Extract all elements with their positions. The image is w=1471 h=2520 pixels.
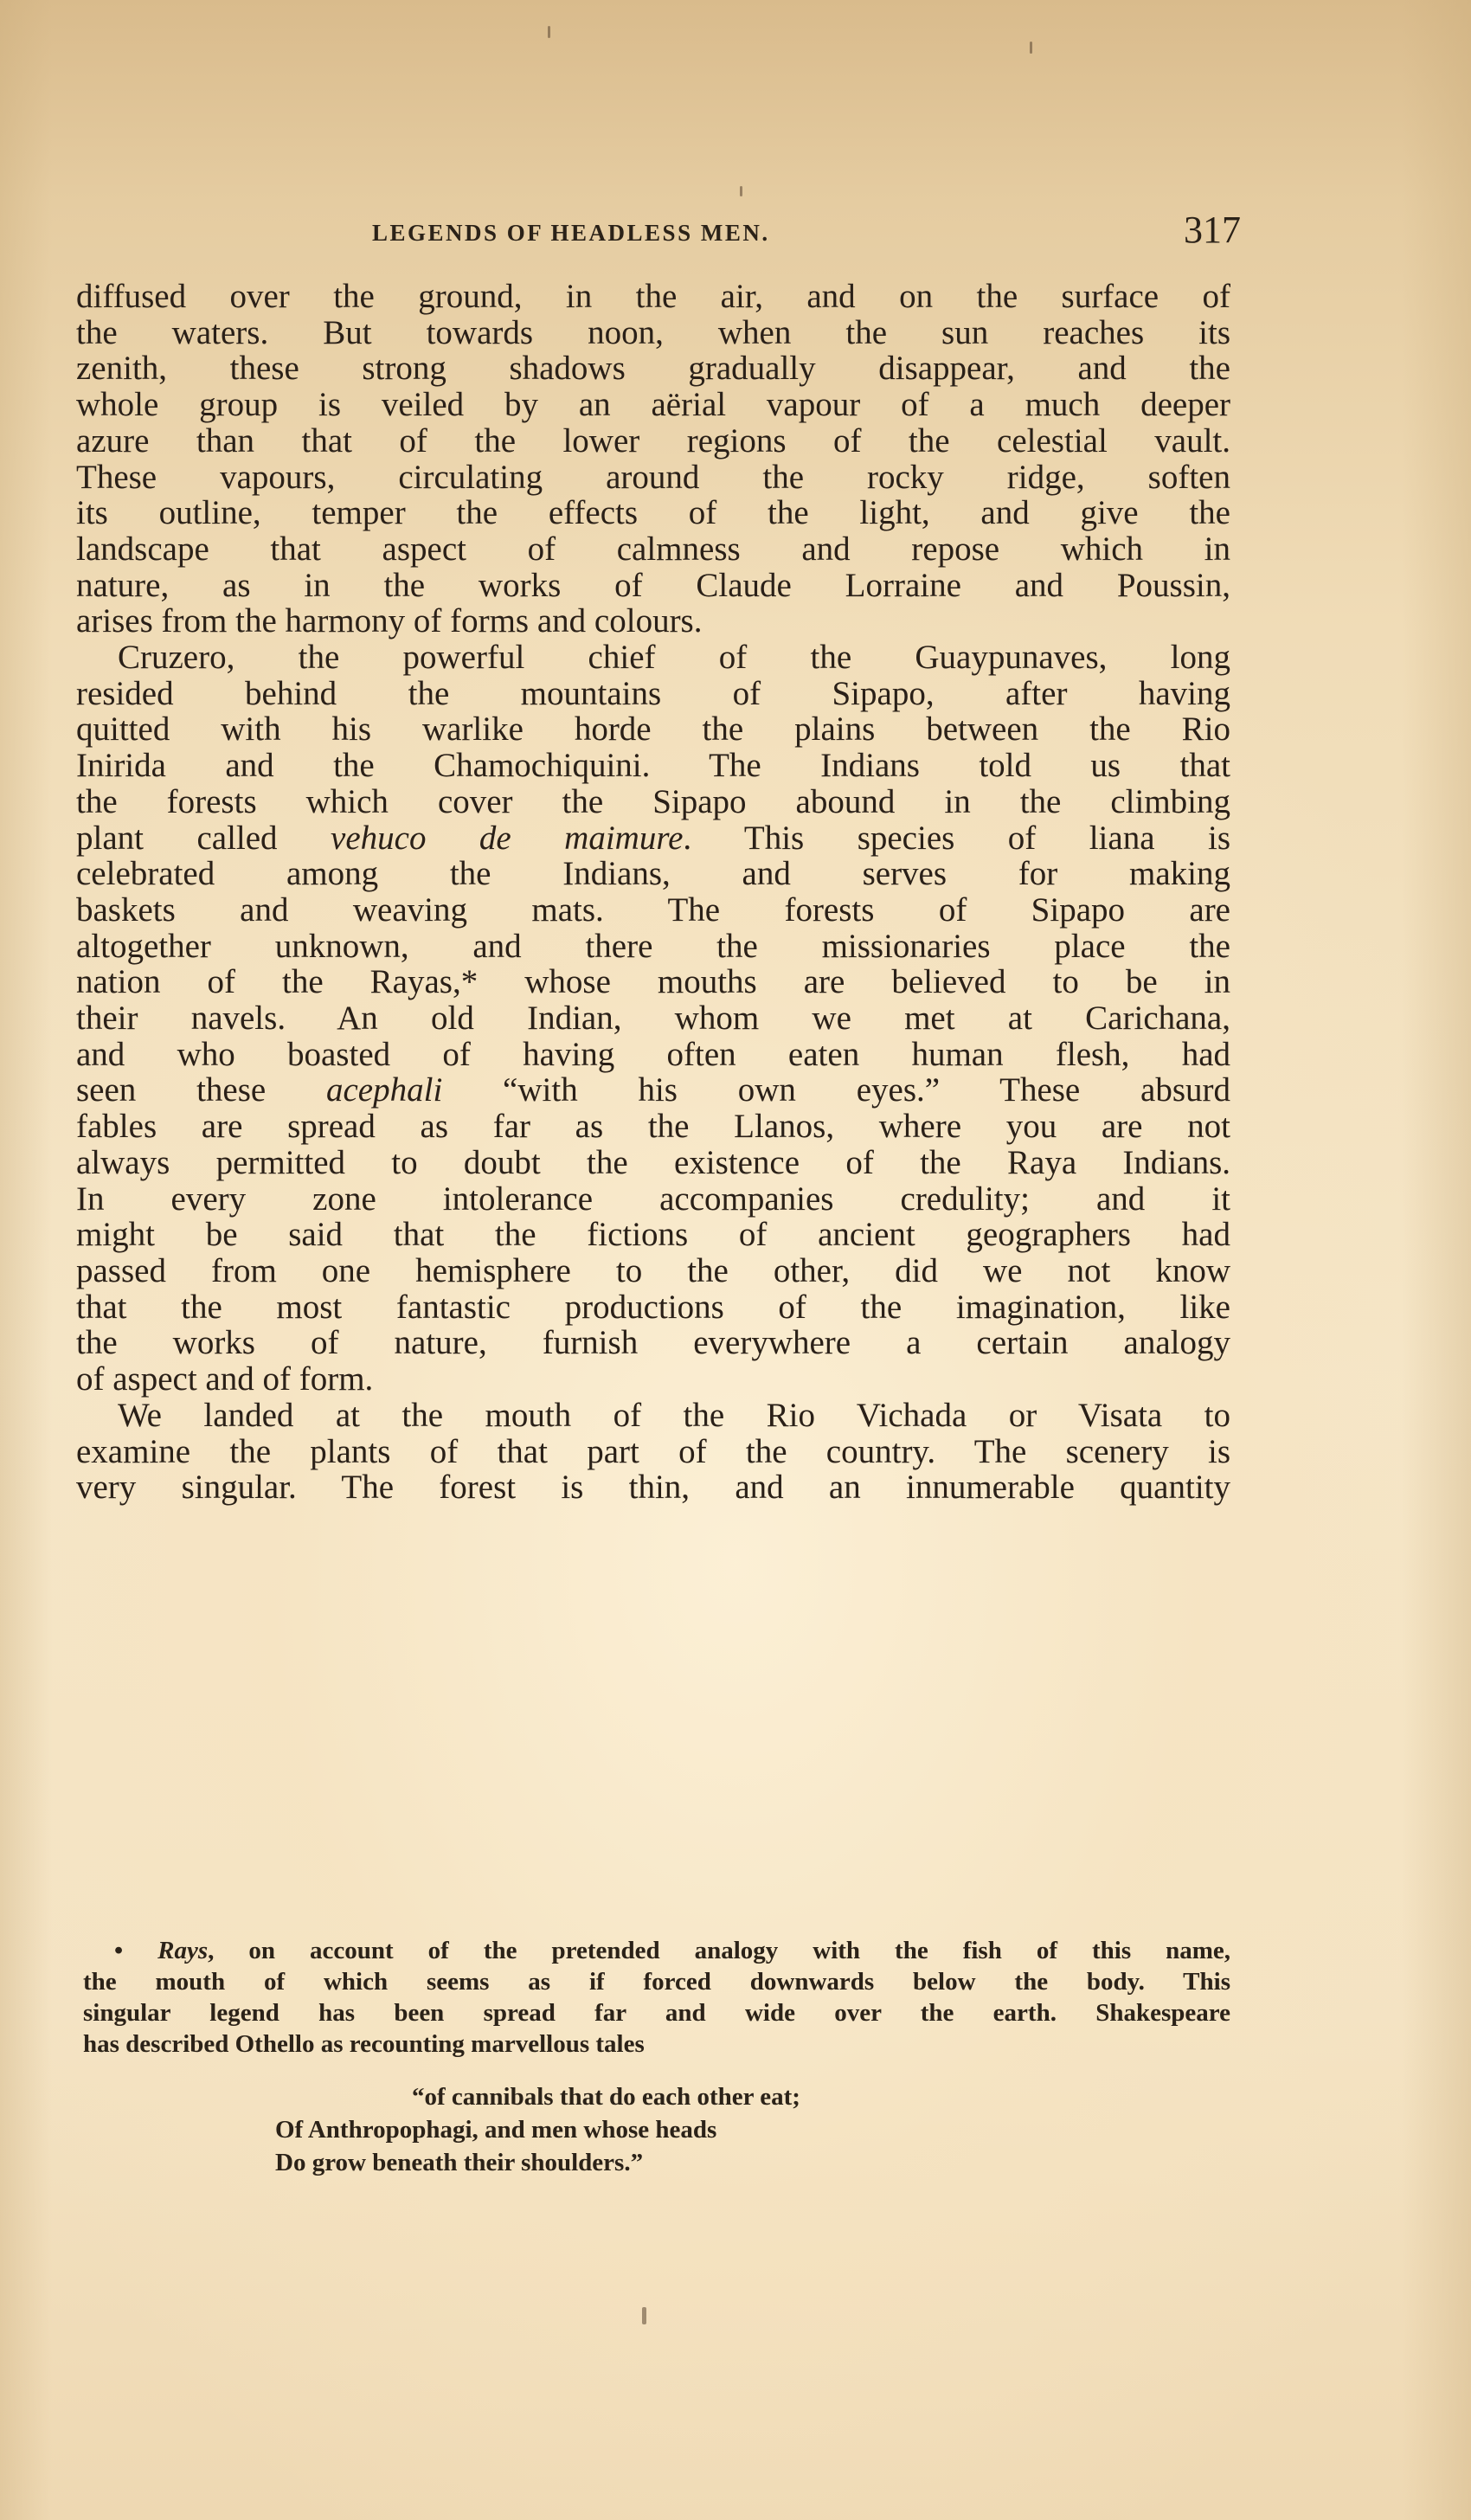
italic-term: acephali [326, 1071, 442, 1109]
text-line: diffused over the ground, in the air, an… [76, 279, 1230, 315]
text-line: In every zone intolerance accompanies cr… [76, 1181, 1230, 1218]
speck [642, 2307, 646, 2324]
text-line: the forests which cover the Sipapo aboun… [76, 784, 1230, 820]
text-line: quitted with his warlike horde the plain… [76, 711, 1230, 748]
footnote-line: singular legend has been spread far and … [83, 1997, 1230, 2028]
footnote-line: • Rays, on account of the pretended anal… [83, 1935, 1230, 1966]
paragraph: Cruzero, the powerful chief of the Guayp… [76, 640, 1230, 1398]
footnote-line: has described Othello as recounting marv… [83, 2028, 1230, 2060]
verse-line-2: Of Anthropophagi, and men whose heads [275, 2113, 800, 2146]
text-line: zenith, these strong shadows gradually d… [76, 350, 1230, 387]
text-line: baskets and weaving mats. The forests of… [76, 892, 1230, 929]
text-line: passed from one hemisphere to the other,… [76, 1253, 1230, 1289]
speck [548, 26, 550, 38]
footnote-line: the mouth of which seems as if forced do… [83, 1966, 1230, 1997]
text-line: that the most fantastic productions of t… [76, 1289, 1230, 1326]
paragraph: We landed at the mouth of the Rio Vichad… [76, 1398, 1230, 1506]
paragraph: diffused over the ground, in the air, an… [76, 279, 1230, 640]
text-line: their navels. An old Indian, whom we met… [76, 1000, 1230, 1037]
footnote: • Rays, on account of the pretended anal… [83, 1935, 1230, 2060]
footnote-marker: • [114, 1937, 157, 1964]
page-number: 317 [1184, 208, 1241, 252]
speck [1030, 42, 1032, 54]
text-line: of aspect and of form. [76, 1361, 1230, 1398]
speck [740, 186, 742, 196]
text-line: These vapours, circulating around the ro… [76, 460, 1230, 496]
text-line: examine the plants of that part of the c… [76, 1434, 1230, 1470]
text-line: might be said that the fictions of ancie… [76, 1217, 1230, 1253]
text-line: resided behind the mountains of Sipapo, … [76, 676, 1230, 712]
text-line: Cruzero, the powerful chief of the Guayp… [76, 640, 1230, 676]
footnote-term: Rays [157, 1937, 208, 1964]
text-line: altogether unknown, and there the missio… [76, 929, 1230, 965]
text-line: fables are spread as far as the Llanos, … [76, 1109, 1230, 1145]
running-title: LEGENDS OF HEADLESS MEN. [372, 220, 770, 247]
text-line: plant called vehuco de maimure. This spe… [76, 820, 1230, 857]
text-line: We landed at the mouth of the Rio Vichad… [76, 1398, 1230, 1434]
verse-line-3: Do grow beneath their shoulders.” [275, 2146, 800, 2179]
body-text: diffused over the ground, in the air, an… [76, 279, 1230, 1506]
text-line: seen these acephali “with his own eyes.”… [76, 1072, 1230, 1109]
text-line: very singular. The forest is thin, and a… [76, 1469, 1230, 1506]
page-edge-shadow-right [1402, 0, 1471, 2520]
italic-term: vehuco de maimure [331, 820, 683, 857]
page-edge-shadow-left [0, 0, 52, 2520]
text-line: landscape that aspect of calmness and re… [76, 531, 1230, 568]
text-line: and who boasted of having often eaten hu… [76, 1037, 1230, 1073]
footnote-verse-quote: “of cannibals that do each other eat; Of… [275, 2080, 800, 2179]
verse-line-1: “of cannibals that do each other eat; [275, 2080, 800, 2113]
text-line: celebrated among the Indians, and serves… [76, 856, 1230, 892]
text-line: nation of the Rayas,* whose mouths are b… [76, 964, 1230, 1000]
text-line: azure than that of the lower regions of … [76, 423, 1230, 460]
text-line: the waters. But towards noon, when the s… [76, 315, 1230, 351]
running-head: LEGENDS OF HEADLESS MEN. 317 [372, 208, 1237, 260]
text-line: its outline, temper the effects of the l… [76, 495, 1230, 531]
text-line: the works of nature, furnish everywhere … [76, 1325, 1230, 1361]
text-line: arises from the harmony of forms and col… [76, 603, 1230, 640]
text-line: Inirida and the Chamochiquini. The India… [76, 748, 1230, 784]
text-line: always permitted to doubt the existence … [76, 1145, 1230, 1181]
text-line: nature, as in the works of Claude Lorrai… [76, 568, 1230, 604]
text-line: whole group is veiled by an aërial vapou… [76, 387, 1230, 423]
